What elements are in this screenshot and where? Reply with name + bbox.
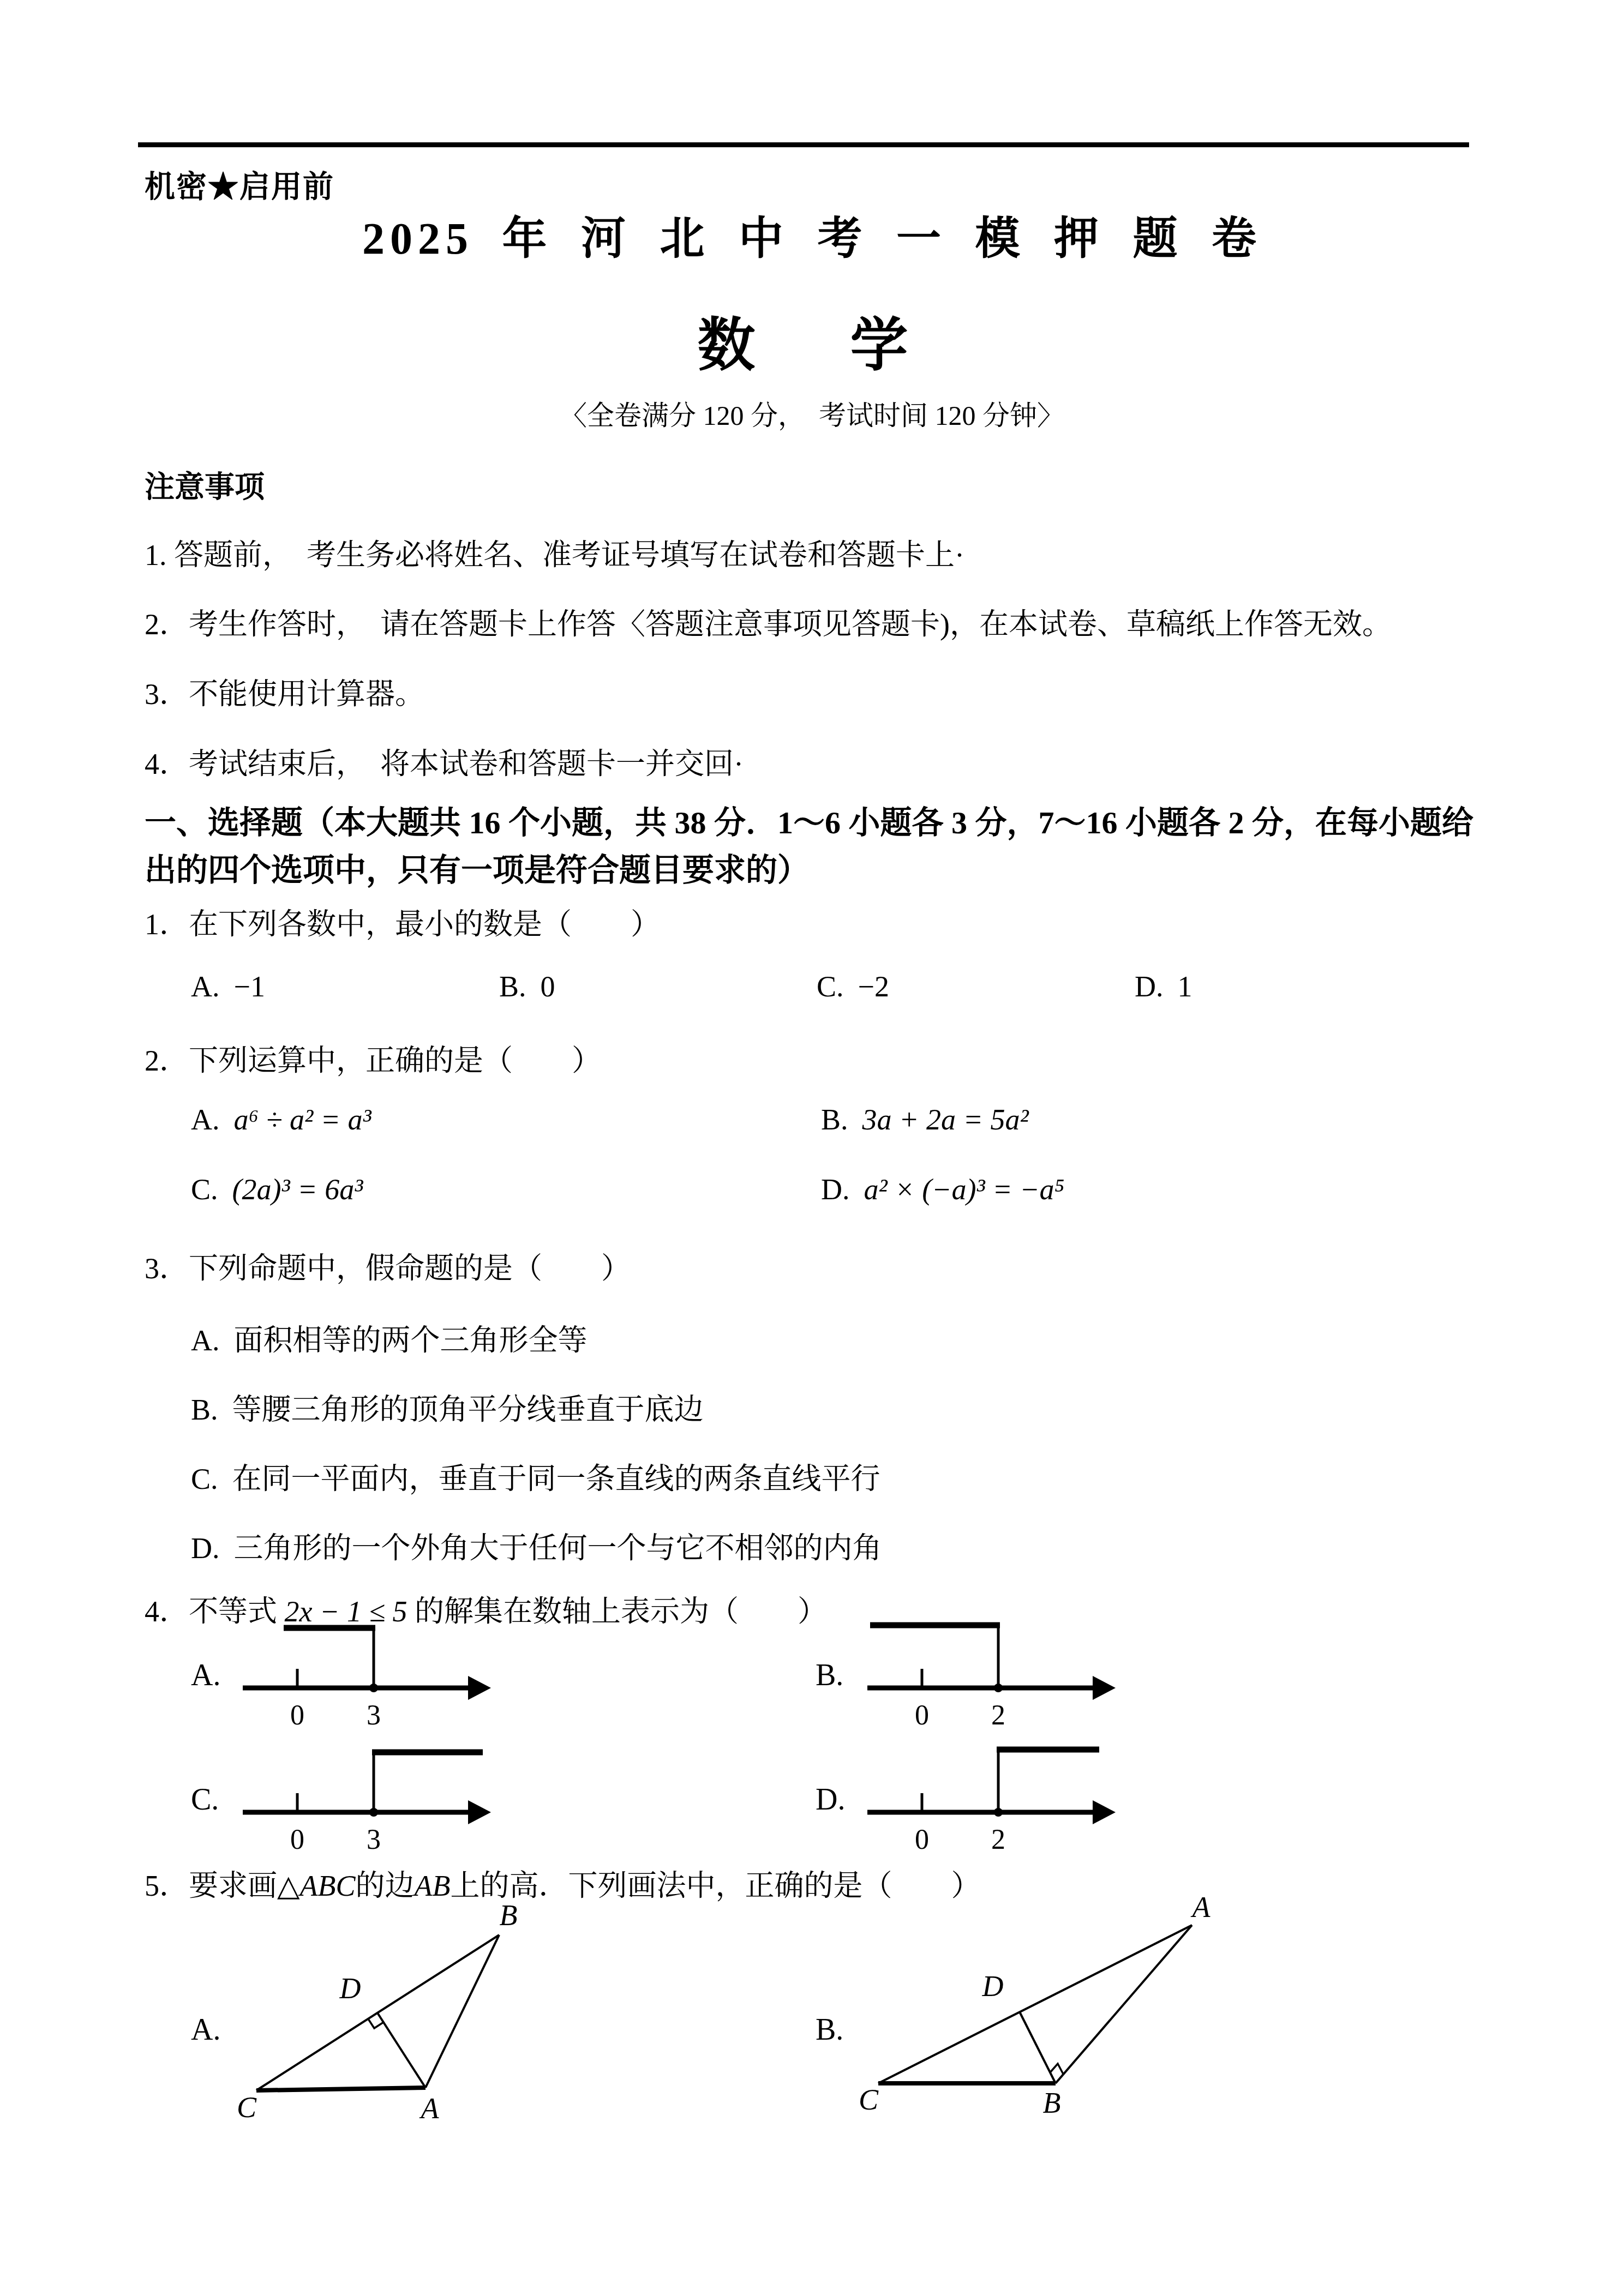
q4-figure-c-label: C.: [191, 1782, 219, 1817]
vertex-bottom-label: A: [420, 2092, 440, 2125]
side-ab: [1056, 1925, 1192, 2083]
q5-figure-b-triangle: A D C B: [856, 1892, 1233, 2127]
value-label: 2: [991, 1824, 1005, 1855]
q2-option-d: D.a² × (−a)³ = −a⁵: [821, 1173, 1064, 1206]
notice-heading: 注意事项: [145, 462, 265, 506]
closed-point: [369, 1808, 378, 1817]
q4-figure-a-label: A.: [191, 1658, 220, 1693]
axis-arrow: [1093, 1676, 1116, 1700]
axis-arrow: [1093, 1800, 1116, 1824]
closed-point: [369, 1684, 378, 1692]
notice-item-1: 1. 答题前， 考生务必将姓名、准考证号填写在试卷和答题卡上·: [145, 532, 964, 574]
exam-info-line: 〈全卷满分 120 分， 考试时间 120 分钟〉: [0, 394, 1624, 433]
q1-option-d: D.1: [1135, 970, 1192, 1003]
q4-figure-c-numberline: 0 3: [235, 1728, 491, 1859]
side-ca-bold: [256, 2088, 426, 2090]
section1-heading: 一、选择题（本大题共 16 个小题，共 38 分．1～6 小题各 3 分，7～1…: [145, 799, 1484, 894]
q5-figure-b-label: B.: [816, 2012, 843, 2047]
q1-option-b: B.0: [499, 970, 555, 1003]
subject-title: 数 学: [0, 299, 1624, 382]
exam-title: 2025 年 河 北 中 考 一 模 押 题 卷: [0, 203, 1624, 267]
zero-label: 0: [290, 1700, 304, 1731]
q1-options: A.−1 B.0 C.−2 D.1: [145, 970, 1552, 1013]
closed-point: [994, 1684, 1003, 1692]
vertex-top-label: A: [1191, 1891, 1211, 1924]
q2-option-c: C.(2a)³ = 6a³: [191, 1173, 363, 1206]
notice-item-2: 2．考生作答时， 请在答题卡上作答〈答题注意事项见答题卡)，在本试卷、草稿纸上作…: [145, 601, 1392, 643]
q3-stem: 3．下列命题中，假命题的是（ ）: [145, 1245, 631, 1287]
vertex-left-label: C: [237, 2091, 257, 2124]
value-label: 3: [367, 1700, 381, 1731]
q3-option-b: B.等腰三角形的顶角平分线垂直于底边: [191, 1386, 704, 1428]
q2-options-row2: C.(2a)³ = 6a³ D.a² × (−a)³ = −a⁵: [145, 1173, 1552, 1216]
q2-options-row1: A.a⁶ ÷ a² = a³ B.3a + 2a = 5a²: [145, 1103, 1552, 1146]
axis-arrow: [468, 1800, 491, 1824]
zero-label: 0: [915, 1700, 929, 1731]
segment-db: [1020, 2012, 1056, 2083]
q2-option-b: B.3a + 2a = 5a²: [821, 1103, 1029, 1137]
vertex-top-label: B: [500, 1899, 518, 1932]
notice-item-4: 4．考试结束后， 将本试卷和答题卡一并交回·: [145, 741, 744, 783]
exam-page: 机密★启用前 2025 年 河 北 中 考 一 模 押 题 卷 数 学 〈全卷满…: [0, 0, 1624, 2296]
foot-label: D: [982, 1970, 1004, 2003]
value-label: 2: [991, 1700, 1005, 1731]
q4-figure-a-numberline: 0 3: [235, 1603, 491, 1734]
q4-figure-d-label: D.: [816, 1782, 845, 1817]
q1-option-c: C.−2: [817, 970, 889, 1003]
q5-figure-a-label: A.: [191, 2012, 220, 2047]
q5-figure-a-triangle: B D C A: [235, 1897, 573, 2126]
closed-point: [994, 1808, 1003, 1817]
height-da: [377, 2013, 426, 2088]
q3-option-d: D.三角形的一个外角大于任何一个与它不相邻的内角: [191, 1525, 882, 1567]
q2-stem: 2．下列运算中，正确的是（ ）: [145, 1037, 601, 1079]
vertex-left-label: C: [859, 2083, 879, 2116]
q4-figure-b-numberline: 0 2: [859, 1603, 1116, 1734]
q3-option-a: A.面积相等的两个三角形全等: [191, 1317, 588, 1359]
side-ca: [878, 1925, 1192, 2083]
foot-label: D: [339, 1972, 361, 2005]
value-label: 3: [367, 1824, 381, 1855]
q3-option-c: C.在同一平面内，垂直于同一条直线的两条直线平行: [191, 1456, 880, 1498]
axis-arrow: [468, 1676, 491, 1700]
q1-option-a: A.−1: [191, 970, 265, 1003]
zero-label: 0: [290, 1824, 304, 1855]
vertex-bottom-label: B: [1043, 2087, 1061, 2119]
q2-option-a: A.a⁶ ÷ a² = a³: [191, 1103, 371, 1137]
top-rule: [138, 142, 1469, 147]
security-label: 机密★启用前: [145, 163, 334, 206]
right-angle-mark: [1050, 2064, 1063, 2074]
zero-label: 0: [915, 1824, 929, 1855]
q4-figure-d-numberline: 0 2: [859, 1728, 1116, 1859]
q1-stem: 1．在下列各数中，最小的数是（ ）: [145, 901, 660, 943]
q4-figure-b-label: B.: [816, 1658, 843, 1693]
notice-item-3: 3．不能使用计算器。: [145, 671, 424, 713]
